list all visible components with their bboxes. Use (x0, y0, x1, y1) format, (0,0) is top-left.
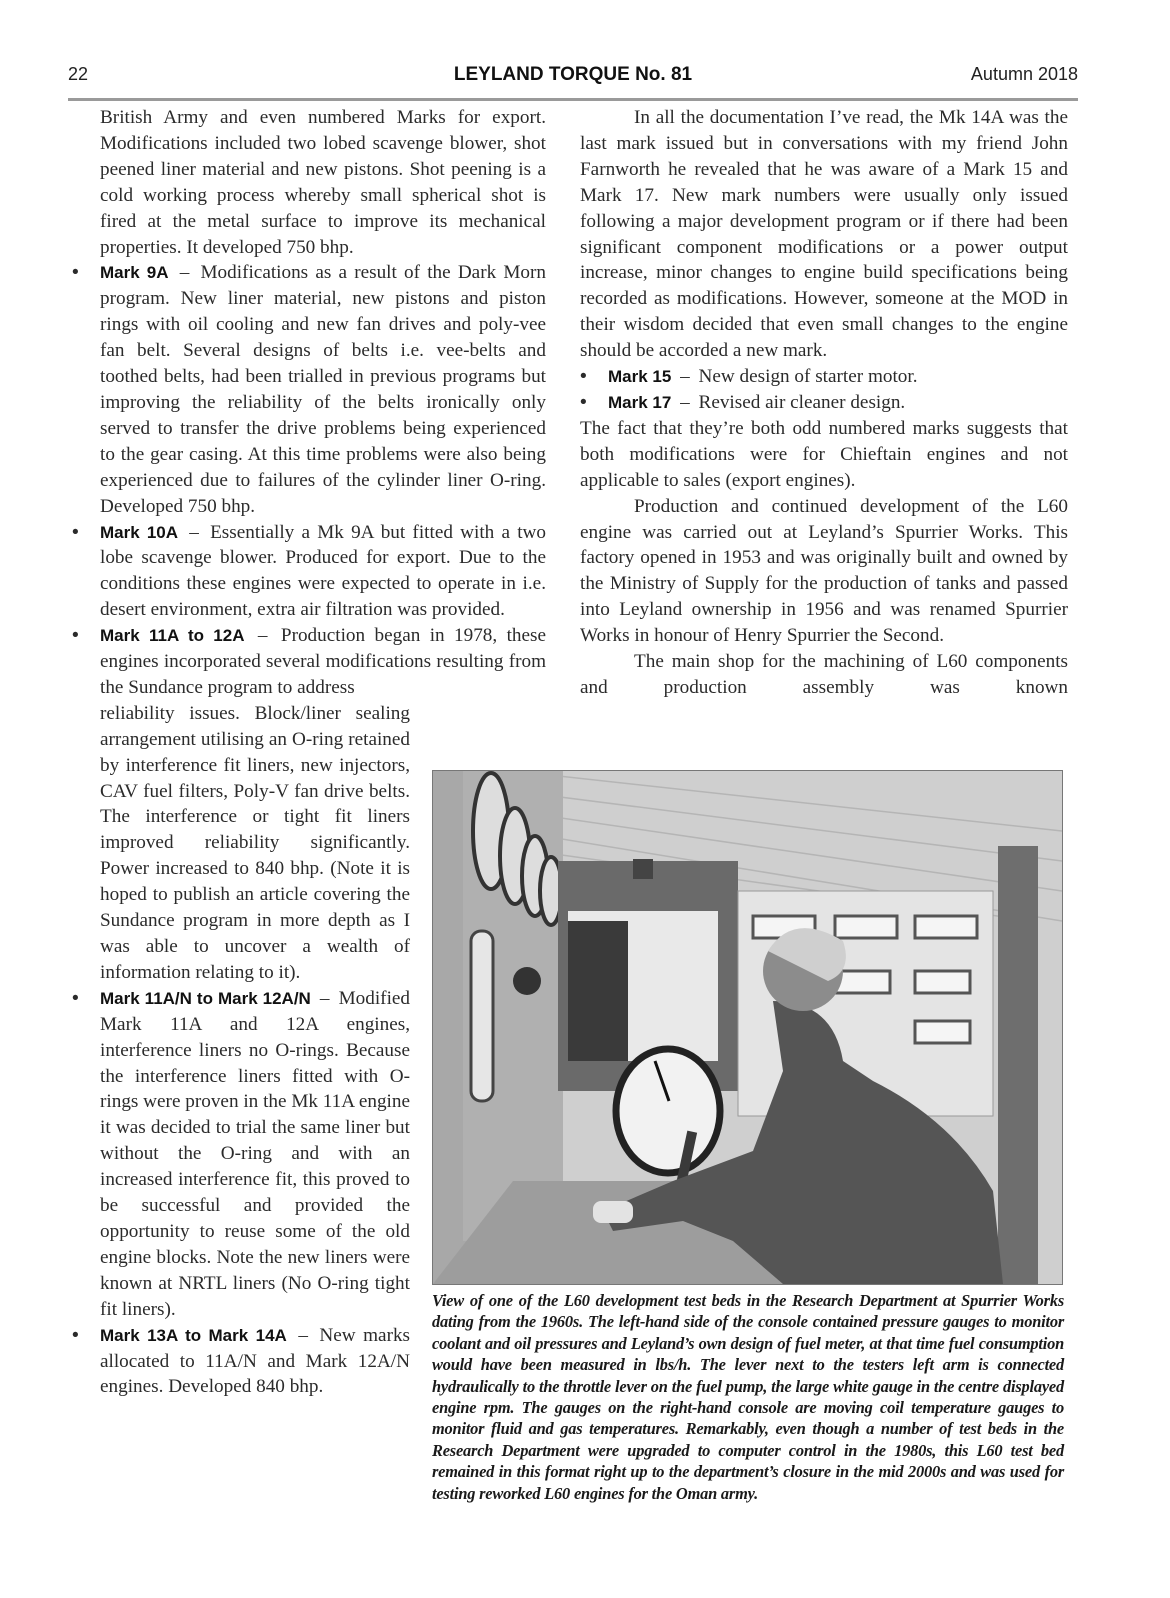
dash: – (298, 1325, 308, 1346)
mark-description: New design of starter motor. (699, 366, 918, 387)
mark-description: Modifications as a result of the Dark Mo… (100, 262, 546, 516)
list-item-mark-10a: • Mark 10A – Essentially a Mk 9A but fit… (100, 520, 546, 624)
list-item-mark-9a: • Mark 9A – Modifications as a result of… (100, 260, 546, 519)
list-item-mark-13a-14a: • Mark 13A to Mark 14A – New marks alloc… (100, 1323, 410, 1401)
bullet-icon: • (580, 390, 587, 416)
mark-label: Mark 13A to Mark 14A (100, 1326, 287, 1345)
intro-paragraph: British Army and even numbered Marks for… (100, 105, 546, 260)
list-item-mark-17: • Mark 17 – Revised air cleaner design. (580, 390, 1068, 416)
mark-description: Revised air cleaner design. (699, 392, 906, 413)
right-column: In all the documentation I’ve read, the … (580, 105, 1068, 701)
photo-caption: View of one of the L60 development test … (432, 1290, 1064, 1504)
photo-illustration (433, 771, 1062, 1284)
mark-description-continued: reliability issues. Block/liner sealing … (100, 703, 410, 983)
page-header: 22 LEYLAND TORQUE No. 81 Autumn 2018 (68, 64, 1078, 94)
bullet-icon: • (72, 986, 79, 1012)
bullet-icon: • (72, 623, 79, 649)
dash: – (680, 392, 690, 413)
mark-label: Mark 11A/N to Mark 12A/N (100, 989, 311, 1008)
paragraph-main-shop: The main shop for the machining of L60 c… (580, 649, 1068, 701)
issue-date: Autumn 2018 (971, 64, 1078, 85)
dash: – (258, 625, 268, 646)
list-item-mark-11a-12a: • Mark 11A to 12A – Production began in … (100, 623, 546, 701)
mark-label: Mark 9A (100, 263, 169, 282)
bullet-icon: • (72, 260, 79, 286)
mark-label: Mark 15 (608, 367, 671, 386)
paragraph-mk14a: In all the documentation I’ve read, the … (580, 105, 1068, 364)
paragraph-spurrier-works: Production and continued development of … (580, 494, 1068, 649)
header-rule (68, 98, 1078, 101)
test-bed-photo (432, 770, 1063, 1285)
dash: – (320, 988, 330, 1009)
bullet-icon: • (580, 364, 587, 390)
paragraph-odd-marks: The fact that they’re both odd numbered … (580, 416, 1068, 494)
list-item-mark-11a-12a-continued: reliability issues. Block/liner sealing … (100, 701, 410, 986)
list-item-mark-15: • Mark 15 – New design of starter motor. (580, 364, 1068, 390)
dash: – (680, 366, 690, 387)
mark-label: Mark 17 (608, 393, 671, 412)
mark-description: Modified Mark 11A and 12A engines, inter… (100, 988, 410, 1320)
dash: – (180, 262, 190, 283)
bullet-icon: • (72, 520, 79, 546)
publication-title: LEYLAND TORQUE No. 81 (68, 64, 1078, 86)
mark-label: Mark 11A to 12A (100, 626, 245, 645)
mark-label: Mark 10A (100, 523, 178, 542)
bullet-icon: • (72, 1323, 79, 1349)
dash: – (189, 522, 199, 543)
list-item-mark-11an-12an: • Mark 11A/N to Mark 12A/N – Modified Ma… (100, 986, 410, 1323)
